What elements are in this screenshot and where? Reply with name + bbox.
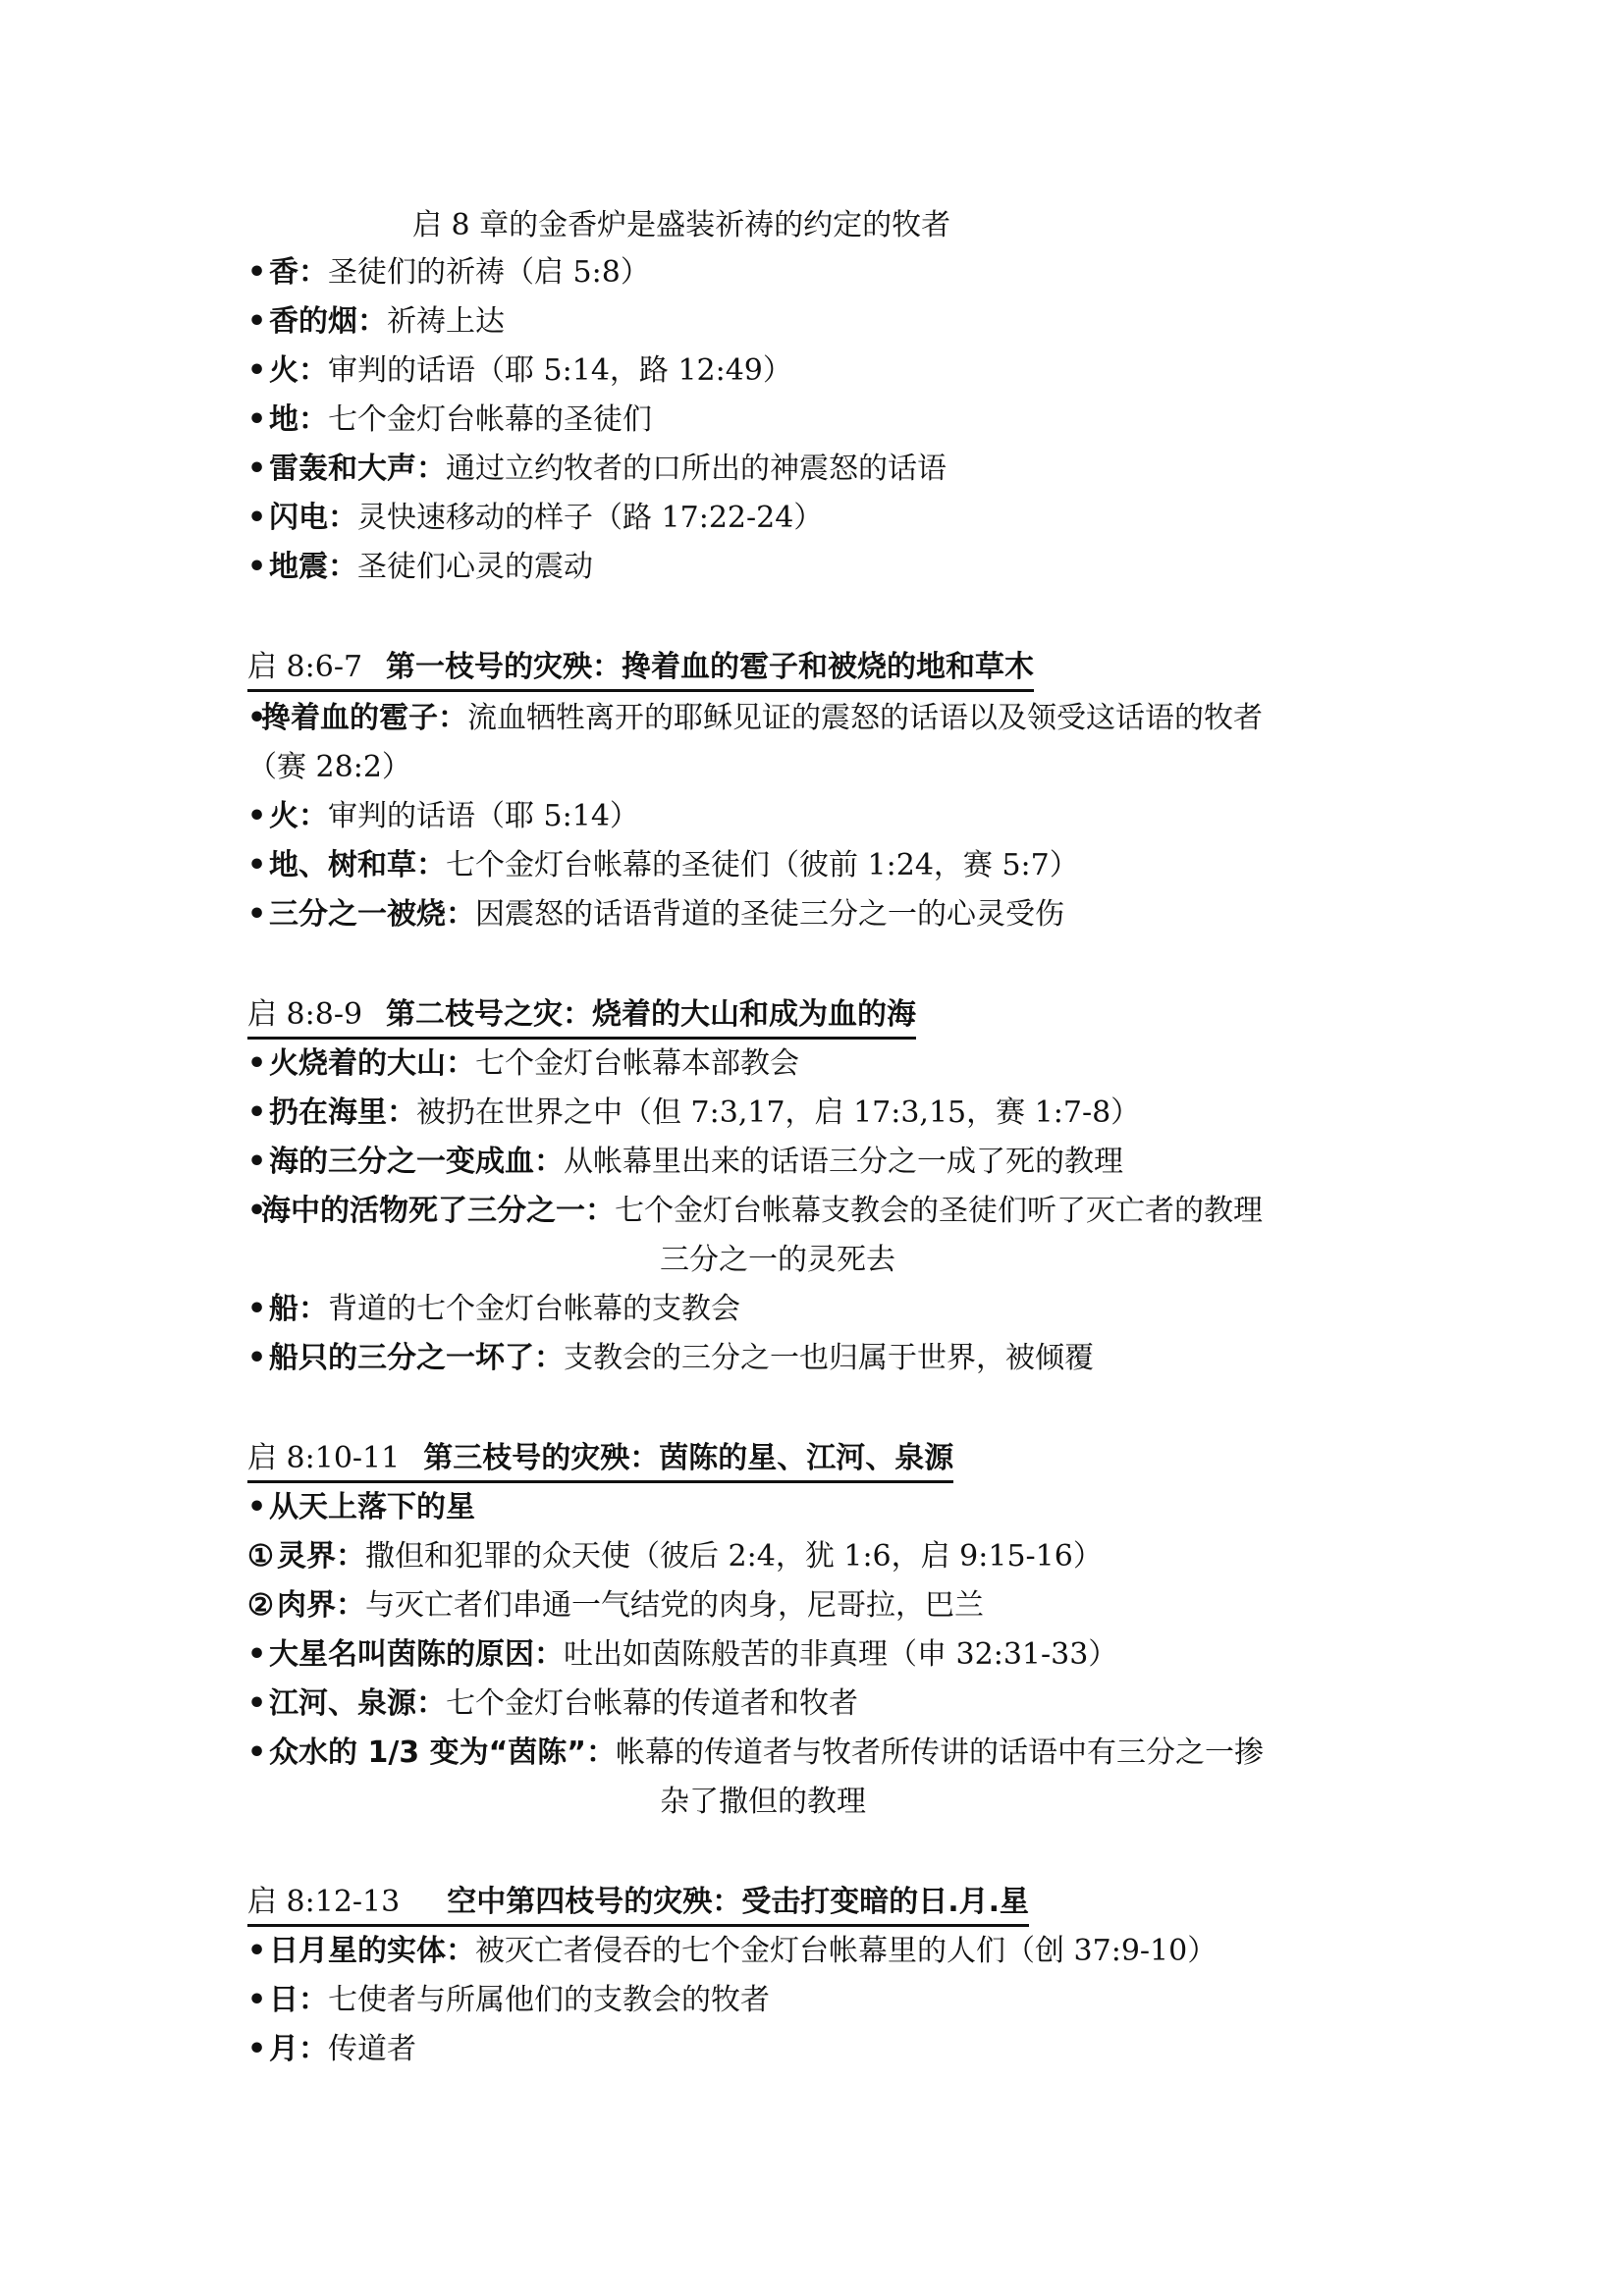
section-ref: 启 8:10-11 [247,1441,400,1475]
term-label: 火烧着的大山： [269,1046,475,1081]
bullet-icon: • [247,1288,269,1331]
bullet-icon: • [247,1141,269,1184]
list-item: •从天上落下的星 [247,1486,475,1529]
section-heading: 启 8:8-9第二枝号之灾：烧着的大山和成为血的海 [247,993,916,1040]
term-definition: 七使者与所属他们的支教会的牧者 [328,1983,770,2017]
term-definition: 七个金灯台帐幕支教会的圣徒们听了灭亡者的教理 [615,1194,1263,1228]
section-heading: 启 8:12-13空中第四枝号的灾殃：受击打变暗的日.月.星 [247,1881,1029,1927]
term-label: 从天上落下的星 [269,1490,475,1524]
bullet-icon: • [247,1337,269,1380]
list-item: ①灵界：撒但和犯罪的众天使（彼后 2:4，犹 1:6，启 9:15-16） [247,1535,1103,1578]
circled-two-icon: ② [247,1584,277,1628]
term-definition: 撒但和犯罪的众天使（彼后 2:4，犹 1:6，启 9:15-16） [365,1539,1103,1574]
term-definition: 吐出如茵陈般苦的非真理（申 32:31-33） [564,1637,1117,1672]
bullet-icon: • [247,1930,269,1973]
term-label: 船只的三分之一坏了： [269,1341,564,1375]
term-definition: 审判的话语（耶 5:14） [328,799,639,833]
term-label: 三分之一被烧： [269,897,475,932]
bullet-icon: • [247,1042,269,1086]
section-ref: 启 8:8-9 [247,997,362,1032]
term-definition: 与灭亡者们串通一气结党的肉身，尼哥拉，巴兰 [365,1588,984,1623]
term-label: 搀着血的雹子： [261,701,467,735]
term-label: 船： [269,1292,328,1326]
list-item: •船：背道的七个金灯台帐幕的支教会 [247,1288,740,1331]
term-definition: 被灭亡者侵吞的七个金灯台帐幕里的人们（创 37:9-10） [475,1934,1217,1968]
list-item: •火烧着的大山：七个金灯台帐幕本部教会 [247,1042,799,1086]
term-definition: 灵快速移动的样子（路 17:22-24） [357,501,823,535]
bullet-icon: • [247,399,269,442]
section-title: 第二枝号之灾：烧着的大山和成为血的海 [386,997,916,1032]
term-definition: 祈祷上达 [387,304,505,339]
list-item: •地：七个金灯台帐幕的圣徒们 [247,399,652,442]
list-item: •船只的三分之一坏了：支教会的三分之一也归属于世界，被倾覆 [247,1337,1094,1380]
term-label: 海的三分之一变成血： [269,1145,564,1179]
term-definition: 七个金灯台帐幕的圣徒们 [328,402,652,437]
bullet-icon: • [247,546,269,589]
term-label: 地震： [269,550,357,584]
term-definition: 流血牺牲离开的耶稣见证的震怒的话语以及领受这话语的牧者 [467,701,1263,735]
list-item: •雷轰和大声：通过立约牧者的口所出的神震怒的话语 [247,448,947,491]
bullet-icon: • [247,1633,269,1677]
circled-one-icon: ① [247,1535,277,1578]
term-definition: 被扔在世界之中（但 7:3,17，启 17:3,15，赛 1:7-8） [416,1095,1140,1130]
definition-continuation: （赛 28:2） [247,746,411,789]
term-label: 地、树和草： [269,848,446,882]
list-item: •江河、泉源：七个金灯台帐幕的传道者和牧者 [247,1682,858,1726]
definition-continuation: 杂了撒但的教理 [660,1781,866,1824]
bullet-icon: • [247,349,269,393]
term-label: 闪电： [269,501,357,535]
term-definition: 七个金灯台帐幕的传道者和牧者 [446,1686,858,1721]
list-item: •日：七使者与所属他们的支教会的牧者 [247,1979,770,2022]
term-label: 香的烟： [269,304,387,339]
term-label: 江河、泉源： [269,1686,446,1721]
list-item: •地震：圣徒们心灵的震动 [247,546,593,589]
term-definition: 圣徒们心灵的震动 [357,550,593,584]
bullet-icon: • [247,251,269,294]
list-item: •三分之一被烧：因震怒的话语背道的圣徒三分之一的心灵受伤 [247,893,1064,936]
term-label: 日： [269,1983,328,2017]
list-item: •海的三分之一变成血：从帐幕里出来的话语三分之一成了死的教理 [247,1141,1123,1184]
list-item: •地、树和草：七个金灯台帐幕的圣徒们（彼前 1:24，赛 5:7） [247,844,1079,887]
section-heading: 启 8:6-7第一枝号的灾殃：搀着血的雹子和被烧的地和草木 [247,646,1034,692]
list-item: •香：圣徒们的祈祷（启 5:8） [247,251,650,294]
list-item: •日月星的实体：被灭亡者侵吞的七个金灯台帐幕里的人们（创 37:9-10） [247,1930,1217,1973]
bullet-icon: • [247,1979,269,2022]
bullet-icon: • [247,844,269,887]
term-label: 雷轰和大声： [269,452,446,486]
document-page: 启 8 章的金香炉是盛装祈祷的约定的牧者 •香：圣徒们的祈祷（启 5:8） •香… [0,0,1624,2296]
term-label: 火： [269,799,328,833]
list-item: •火：审判的话语（耶 5:14） [247,795,639,838]
term-label: 肉界： [277,1588,365,1623]
list-item: •搀着血的雹子：流血牺牲离开的耶稣见证的震怒的话语以及领受这话语的牧者 [247,697,1263,740]
list-item: •大星名叫茵陈的原因：吐出如茵陈般苦的非真理（申 32:31-33） [247,1633,1117,1677]
term-label: 大星名叫茵陈的原因： [269,1637,564,1672]
term-definition: 七个金灯台帐幕的圣徒们（彼前 1:24，赛 5:7） [446,848,1079,882]
bullet-icon: • [247,1486,269,1529]
term-label: 灵界： [277,1539,365,1574]
section-heading: 启 8:10-11第三枝号的灾殃：茵陈的星、江河、泉源 [247,1437,953,1483]
bullet-icon: • [247,697,261,740]
bullet-icon: • [247,300,269,344]
term-definition: 从帐幕里出来的话语三分之一成了死的教理 [564,1145,1123,1179]
term-definition: 因震怒的话语背道的圣徒三分之一的心灵受伤 [475,897,1064,932]
list-item: •火：审判的话语（耶 5:14，路 12:49） [247,349,792,393]
bullet-icon: • [247,448,269,491]
section-title: 第一枝号的灾殃：搀着血的雹子和被烧的地和草木 [386,650,1034,684]
bullet-icon: • [247,1732,269,1775]
section-ref: 启 8:12-13 [247,1885,400,1919]
term-definition: 支教会的三分之一也归属于世界，被倾覆 [564,1341,1094,1375]
list-item: ②肉界：与灭亡者们串通一气结党的肉身，尼哥拉，巴兰 [247,1584,984,1628]
term-definition: 传道者 [328,2032,416,2066]
term-definition: 圣徒们的祈祷（启 5:8） [328,255,650,290]
term-label: 日月星的实体： [269,1934,475,1968]
term-label: 扔在海里： [269,1095,416,1130]
bullet-icon: • [247,1092,269,1135]
term-definition: 背道的七个金灯台帐幕的支教会 [328,1292,740,1326]
bullet-icon: • [247,497,269,540]
section-ref: 启 8:6-7 [247,650,362,684]
term-label: 月： [269,2032,328,2066]
term-label: 火： [269,353,328,388]
definition-continuation: 三分之一的灵死去 [660,1239,895,1282]
term-label: 众水的 1/3 变为“茵陈”： [269,1735,616,1770]
list-item: •海中的活物死了三分之一：七个金灯台帐幕支教会的圣徒们听了灭亡者的教理 [247,1190,1263,1233]
term-definition: 通过立约牧者的口所出的神震怒的话语 [446,452,947,486]
term-definition: 帐幕的传道者与牧者所传讲的话语中有三分之一掺 [616,1735,1264,1770]
section-title: 空中第四枝号的灾殃：受击打变暗的日.月.星 [447,1885,1029,1919]
bullet-icon: • [247,2028,269,2071]
bullet-icon: • [247,893,269,936]
document-title: 启 8 章的金香炉是盛装祈祷的约定的牧者 [412,204,950,247]
list-item: •闪电：灵快速移动的样子（路 17:22-24） [247,497,823,540]
list-item: •扔在海里：被扔在世界之中（但 7:3,17，启 17:3,15，赛 1:7-8… [247,1092,1140,1135]
bullet-icon: • [247,1682,269,1726]
list-item: •众水的 1/3 变为“茵陈”：帐幕的传道者与牧者所传讲的话语中有三分之一掺 [247,1732,1264,1775]
term-definition: 七个金灯台帐幕本部教会 [475,1046,799,1081]
bullet-icon: • [247,795,269,838]
bullet-icon: • [247,1190,261,1233]
section-title: 第三枝号的灾殃：茵陈的星、江河、泉源 [423,1441,953,1475]
term-label: 地： [269,402,328,437]
list-item: •香的烟：祈祷上达 [247,300,505,344]
term-label: 香： [269,255,328,290]
term-label: 海中的活物死了三分之一： [261,1194,615,1228]
term-definition: 审判的话语（耶 5:14，路 12:49） [328,353,792,388]
list-item: •月：传道者 [247,2028,416,2071]
